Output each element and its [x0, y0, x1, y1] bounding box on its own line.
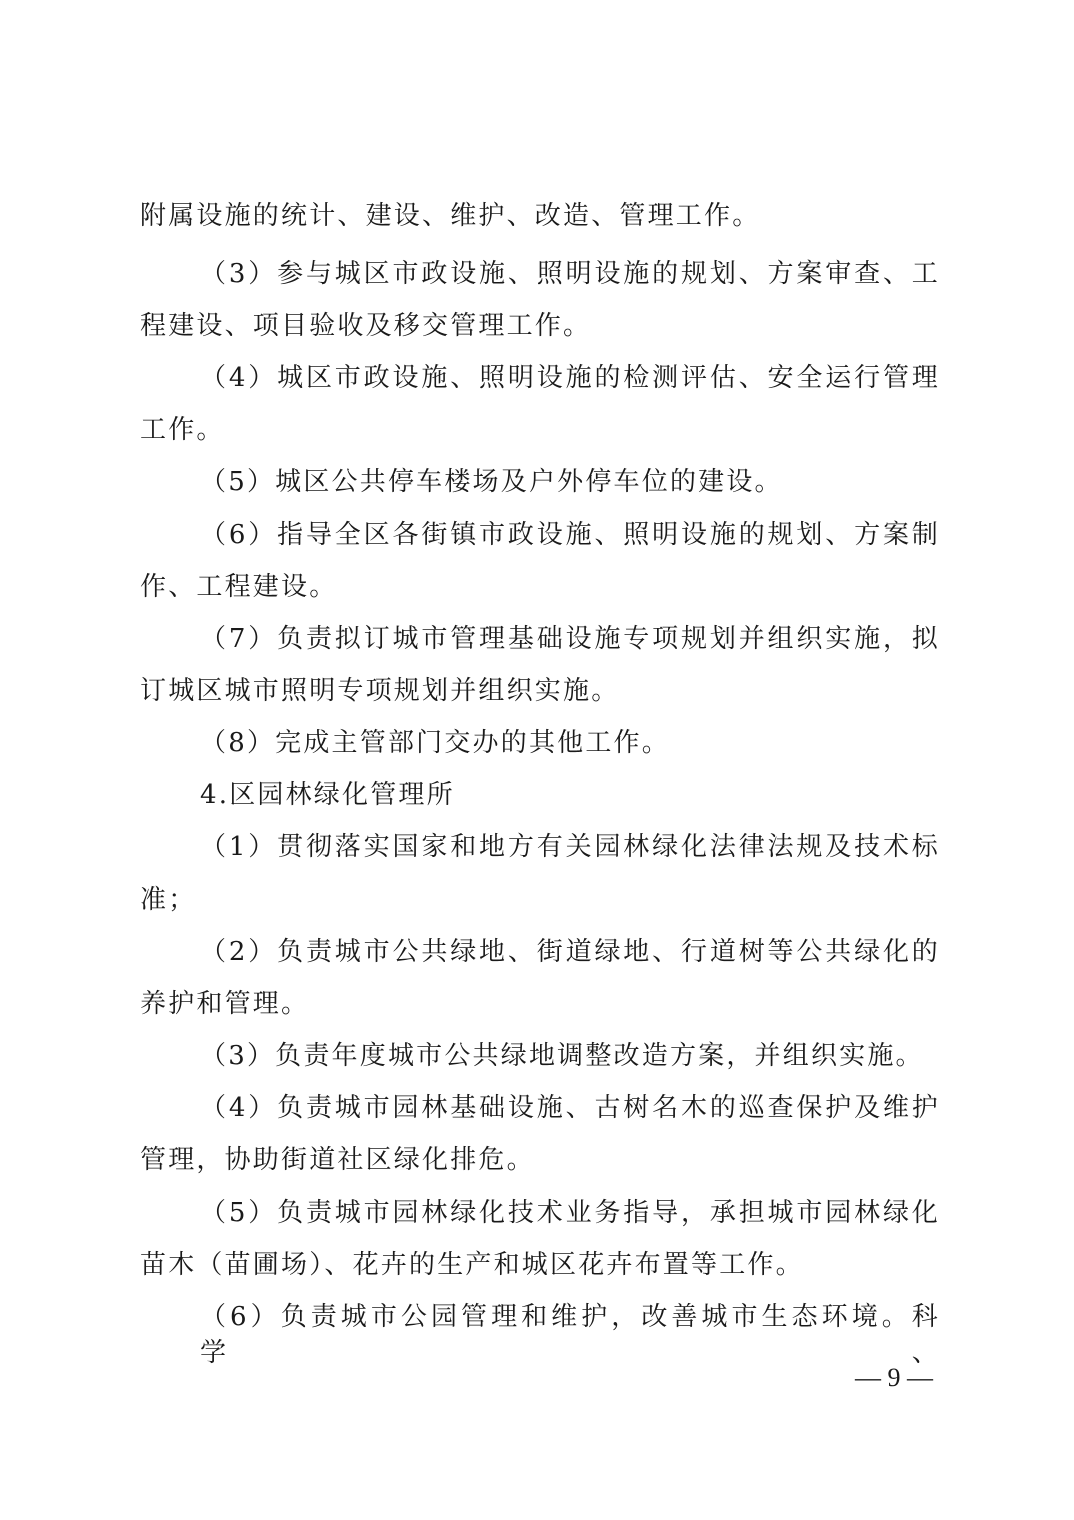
paragraph-first-line: （5）城区公共停车楼场及户外停车位的建设。 — [200, 464, 940, 500]
paragraph-line: 作、工程建设。 — [140, 569, 940, 605]
paragraph-line: 管理，协助街道社区绿化排危。 — [140, 1142, 940, 1178]
paragraph-first-line: （5）负责城市园林绿化技术业务指导，承担城市园林绿化 — [200, 1195, 940, 1231]
paragraph-line: 准； — [140, 882, 940, 918]
paragraph-first-line: （3）负责年度城市公共绿地调整改造方案，并组织实施。 — [200, 1038, 940, 1074]
paragraph-line: 养护和管理。 — [140, 986, 940, 1022]
paragraph-first-line: （6）负责城市公园管理和维护，改善城市生态环境。科学、 — [200, 1299, 940, 1371]
paragraph-line: 订城区城市照明专项规划并组织实施。 — [140, 673, 940, 709]
paragraph-first-line: （2）负责城市公共绿地、街道绿地、行道树等公共绿化的 — [200, 934, 940, 970]
page-number: — 9 — — [855, 1363, 933, 1393]
paragraph-line: 附属设施的统计、建设、维护、改造、管理工作。 — [140, 198, 940, 234]
paragraph-line: 工作。 — [140, 412, 940, 448]
document-page: 附属设施的统计、建设、维护、改造、管理工作。（3）参与城区市政设施、照明设施的规… — [0, 0, 1074, 1520]
paragraph-first-line: （7）负责拟订城市管理基础设施专项规划并组织实施，拟 — [200, 621, 940, 657]
paragraph-first-line: （8）完成主管部门交办的其他工作。 — [200, 725, 940, 761]
paragraph-line: 程建设、项目验收及移交管理工作。 — [140, 308, 940, 344]
paragraph-first-line: （4）负责城市园林基础设施、古树名木的巡查保护及维护 — [200, 1090, 940, 1126]
paragraph-first-line: （6）指导全区各街镇市政设施、照明设施的规划、方案制 — [200, 517, 940, 553]
paragraph-first-line: 4.区园林绿化管理所 — [200, 777, 940, 813]
paragraph-first-line: （3）参与城区市政设施、照明设施的规划、方案审查、工 — [200, 256, 940, 292]
paragraph-first-line: （1）贯彻落实国家和地方有关园林绿化法律法规及技术标 — [200, 829, 940, 865]
paragraph-first-line: （4）城区市政设施、照明设施的检测评估、安全运行管理 — [200, 360, 940, 396]
paragraph-line: 苗木（苗圃场）、花卉的生产和城区花卉布置等工作。 — [140, 1247, 940, 1283]
